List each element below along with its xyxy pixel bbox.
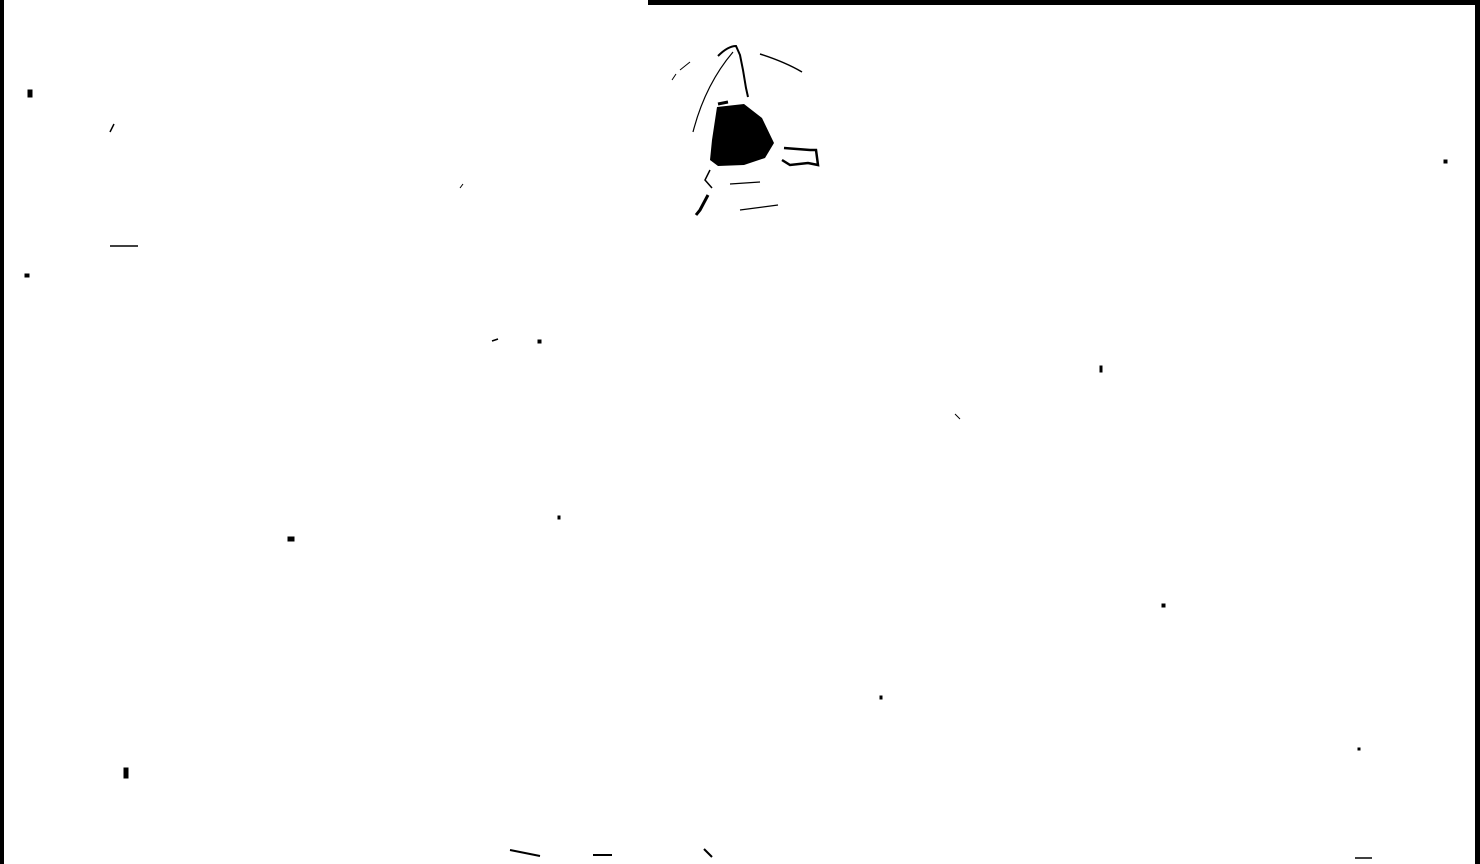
dark-triangular-object (672, 46, 818, 215)
binarized-photo (0, 0, 1480, 864)
speckle-noise (25, 90, 1447, 858)
